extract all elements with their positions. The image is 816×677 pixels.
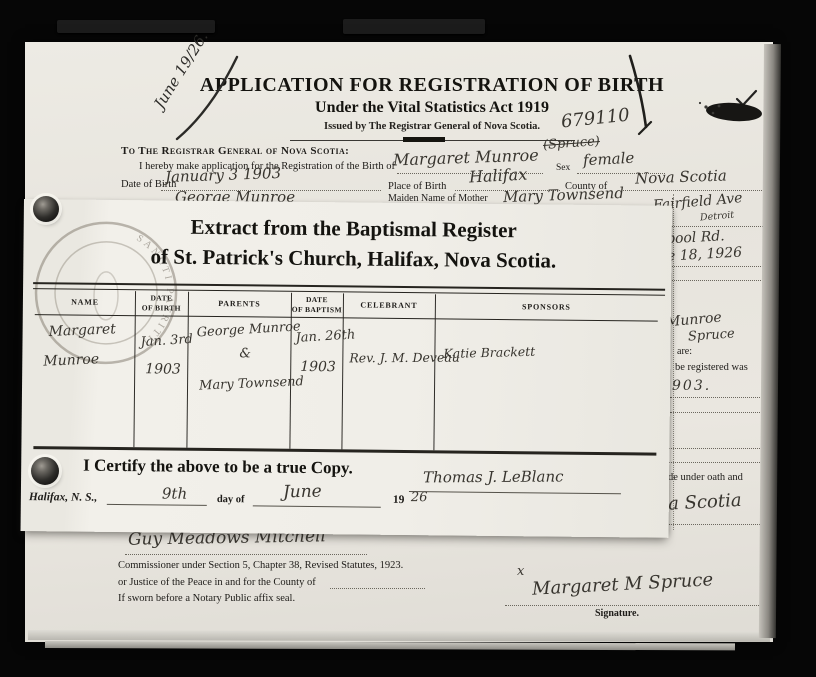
margin-printed-3: de under oath and xyxy=(668,472,743,483)
binding-tape-right xyxy=(343,19,485,34)
margin-province: va Scotia xyxy=(658,490,743,515)
sex-label: Sex xyxy=(556,163,570,173)
binding-tape-left xyxy=(57,20,215,33)
margin-address2: Detroit xyxy=(700,210,735,224)
baptismal-extract-page: SANCTI PATRITII Extract from the Baptism… xyxy=(21,199,672,538)
certifier-signature: Thomas J. LeBlanc xyxy=(423,467,564,486)
certify-statement: I Certify the above to be a true Copy. xyxy=(83,456,353,479)
col-header-dob-1: DATE xyxy=(135,293,188,303)
applicant-signature-rule xyxy=(505,605,767,606)
table-header-rule xyxy=(35,314,658,322)
form-title: APPLICATION FOR REGISTRATION OF BIRTH xyxy=(175,74,689,97)
margin-surname-new: Spruce xyxy=(688,326,736,344)
baptismal-table: NAME DATE OF BIRTH PARENTS DATE OF BAPTI… xyxy=(33,290,658,456)
row-birth-line2: 1903 xyxy=(145,361,181,377)
row-birth-line1: Jan. 3rd xyxy=(140,332,193,350)
col-header-celebrant: CELEBRANT xyxy=(343,300,435,310)
header-divider-bold xyxy=(403,137,445,142)
col-header-baptism-2: OF BAPTISM xyxy=(291,305,343,315)
row-sponsors: Katie Brackett xyxy=(443,344,535,361)
page-stack-edge-1 xyxy=(28,630,770,642)
mother-name-value: Mary Townsend xyxy=(503,184,624,206)
year-written: 26 xyxy=(411,490,428,505)
margin-rule-2 xyxy=(657,266,769,267)
row-parents-line1: George Munroe xyxy=(196,319,301,340)
month-rule xyxy=(253,505,381,507)
commissioner-line2: or Justice of the Peace in and for the C… xyxy=(118,577,316,588)
sex-value: female xyxy=(583,149,635,170)
row-parents-line2: & xyxy=(239,346,251,361)
x-mark: x xyxy=(517,564,524,579)
month-value: June xyxy=(283,481,322,502)
margin-rule-4 xyxy=(670,397,770,398)
place-label: Halifax, N. S., xyxy=(29,491,97,504)
county-of-dotted-rule xyxy=(330,588,425,589)
pob-value: Halifax xyxy=(469,164,528,186)
day-value: 9th xyxy=(162,484,187,502)
county-dotted-rule xyxy=(623,190,770,191)
applicant-signature: Margaret M Spruce xyxy=(532,569,714,599)
margin-rule-8 xyxy=(665,524,770,525)
punch-hole-bottom xyxy=(31,457,59,485)
scanned-document-background: APPLICATION FOR REGISTRATION OF BIRTH Un… xyxy=(0,0,816,677)
row-name-line1: Margaret xyxy=(48,321,116,340)
margin-rule-3 xyxy=(657,280,769,281)
pob-label: Place of Birth xyxy=(388,181,446,192)
col-header-baptism-1: DATE xyxy=(291,295,343,305)
to-registrar-line: To The Registrar General of Nova Scotia: xyxy=(121,145,349,157)
certifier-signature-rule xyxy=(409,491,621,494)
col-header-sponsors: SPONSORS xyxy=(435,301,658,312)
margin-printed-2: be registered was xyxy=(675,362,748,373)
margin-rule-6 xyxy=(667,448,770,449)
margin-rule-7 xyxy=(667,462,770,463)
commissioner-line1: Commissioner under Section 5, Chapter 38… xyxy=(118,560,403,571)
col-header-dob-2: OF BIRTH xyxy=(135,303,188,313)
margin-rule-1 xyxy=(657,226,769,227)
margin-rule-5 xyxy=(670,412,770,413)
row-name-line2: Munroe xyxy=(43,351,99,369)
commissioner-line3: If sworn before a Notary Public affix se… xyxy=(118,593,295,604)
punch-hole-top xyxy=(33,196,59,222)
margin-year: 903. xyxy=(672,378,711,394)
dob-value: January 3 1903 xyxy=(165,164,282,186)
col-header-parents: PARENTS xyxy=(188,299,291,309)
witness-signature-rule xyxy=(125,554,367,555)
signature-label: Signature. xyxy=(595,608,639,619)
col-header-name: NAME xyxy=(35,297,135,307)
year-printed: 19 xyxy=(393,494,405,506)
day-rule xyxy=(107,504,207,506)
day-of-label: day of xyxy=(217,494,245,505)
row-parents-line3: Mary Townsend xyxy=(199,374,304,393)
row-baptism-line1: Jan. 26th xyxy=(295,327,356,346)
page-stack-edge-2 xyxy=(45,641,735,650)
margin-printed-1: are: xyxy=(677,346,692,357)
row-baptism-line2: 1903 xyxy=(300,359,336,375)
county-value: Nova Scotia xyxy=(635,166,727,187)
